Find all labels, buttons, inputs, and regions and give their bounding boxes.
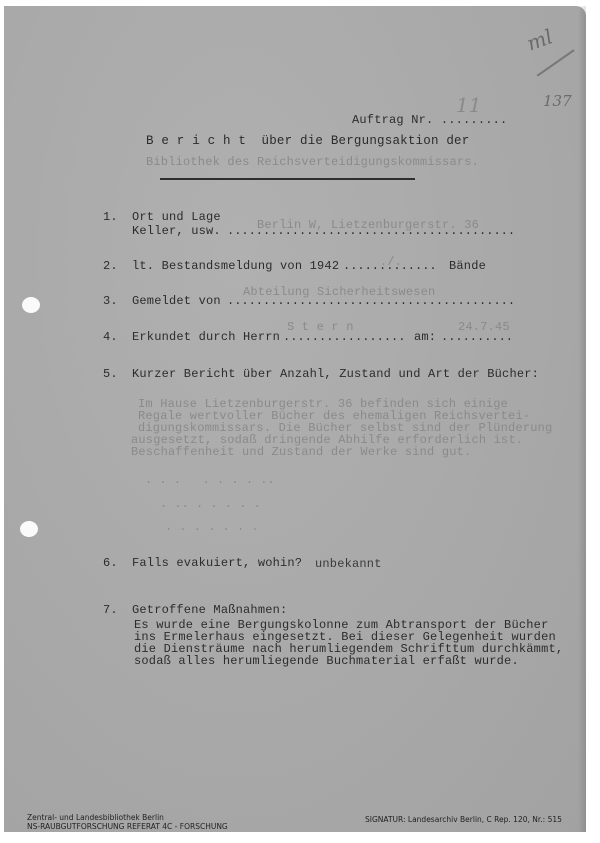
footer-line1: Zentral- und Landesbibliothek Berlin (27, 813, 164, 822)
handwritten-page-number: 137 (543, 92, 572, 110)
item-7-number: 7. (103, 603, 118, 617)
auftrag-number-field: Auftrag Nr. ......... (352, 113, 507, 127)
item-2-suffix: Bände (449, 259, 486, 273)
item-3-number: 3. (103, 294, 118, 308)
item-4-label: Erkundet durch Herrn (132, 330, 280, 344)
item-1-value: Berlin W, Lietzenburgerstr. 36 (257, 218, 479, 232)
item-2-label: lt. Bestandsmeldung von 1942 (132, 259, 339, 273)
footer-institution: Zentral- und Landesbibliothek Berlin NS-… (27, 813, 228, 831)
item-1-label-line2: Keller, usw. (132, 224, 221, 238)
item-5-label: Kurzer Bericht über Anzahl, Zustand und … (132, 367, 539, 381)
item-6-label: Falls evakuiert, wohin? (132, 556, 302, 570)
page-edge-shadow (578, 6, 586, 832)
item-1-number: 1. (103, 210, 118, 224)
punch-hole-top (22, 297, 40, 313)
faded-dots-1: . . . . . . . ..- (145, 473, 275, 487)
punch-hole-bottom (20, 521, 38, 537)
report-title: B e r i c h t über die Bergungsaktion de… (146, 134, 469, 148)
item-6-number: 6. (103, 556, 118, 570)
item-5-text-line5: Beschaffenheit und Zustand der Werke sin… (131, 446, 471, 458)
item-7-label: Getroffene Maßnahmen: (132, 603, 287, 617)
item-3-value: Abteilung Sicherheitswesen (243, 285, 435, 299)
report-subject: Bibliothek des Reichsverteidigungskommis… (146, 155, 479, 169)
item-1-label-line1: Ort und Lage (132, 210, 221, 224)
item-2-number: 2. (103, 259, 118, 273)
item-3-label: Gemeldet von (132, 294, 221, 308)
footer-signature: SIGNATUR: Landesarchiv Berlin, C Rep. 12… (365, 815, 562, 824)
item-2-value: ./. (380, 255, 402, 269)
item-6-value: unbekannt (315, 557, 382, 571)
item-5-number: 5. (103, 367, 118, 381)
title-underline (160, 178, 415, 180)
item-4-number: 4. (103, 330, 118, 344)
footer-line2: NS-RAUBGUTFORSCHUNG REFERAT 4C - FORSCHU… (27, 822, 228, 831)
item-4-value: S t e r n (287, 320, 354, 334)
item-7-text-line4: sodaß alles herumliegende Buchmaterial e… (134, 655, 519, 667)
faded-dots-2: . .. . . . . . (160, 497, 270, 511)
item-4-date-value: 24.7.45 (458, 320, 510, 334)
faded-dots-3: . . . . . . . (165, 520, 265, 534)
item-4-date-label: am: (414, 330, 436, 344)
